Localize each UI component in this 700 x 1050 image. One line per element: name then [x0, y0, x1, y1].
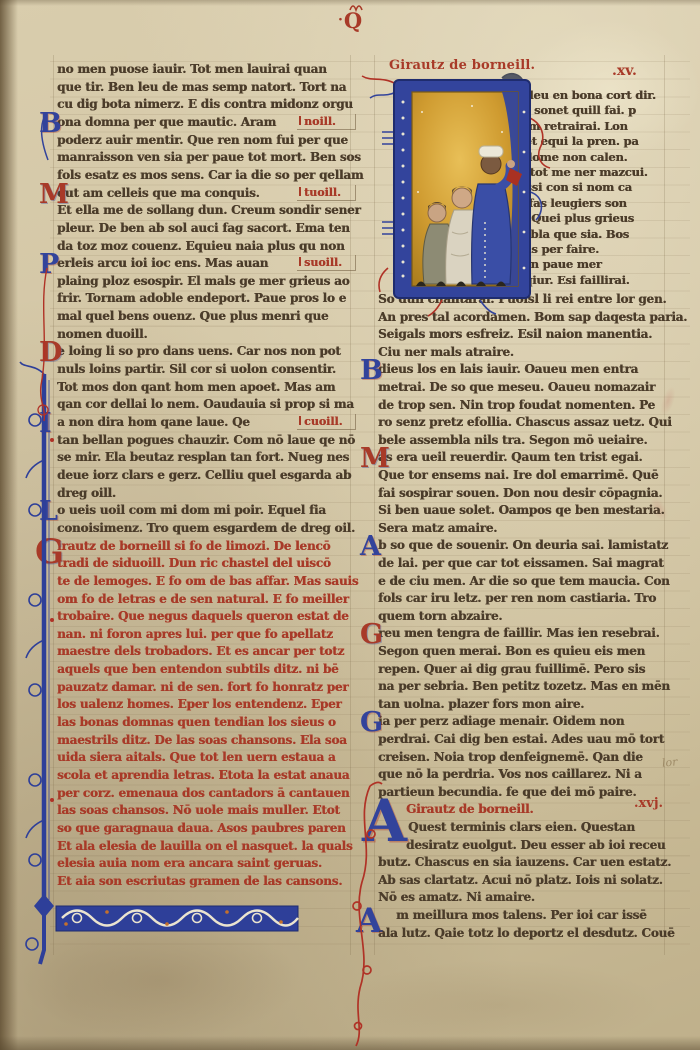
line-text: fai sospirar souen. Don nou desir cōpagn… — [378, 486, 662, 500]
text-line: ala lutz. Qaie totz lo deportz el desdut… — [378, 926, 664, 941]
text-line: Nō es amatz. Ni amaire. — [378, 890, 664, 905]
quire-mark-dot: · — [338, 12, 343, 28]
line-text: ia per perz adiage menair. Oidem non — [378, 714, 624, 728]
text-line: Am meillura mos talens. Per ioi car issē — [378, 908, 682, 923]
text-line: butz. Chascus en sia iauzens. Car uen es… — [378, 855, 664, 870]
line-text: Seigals mors esfreiz. Esil naion manenti… — [378, 327, 652, 341]
text-line: manraisson ven sia per paue tot mort. Be… — [57, 150, 349, 165]
line-text: na per sebria. Ben petitz tozetz. Mas en… — [378, 679, 670, 693]
line-text: out am celleis que ma conquis. — [57, 186, 260, 200]
text-line: Sera matz amaire. — [378, 521, 664, 536]
line-text: dieus los en lais iauir. Oaueu men entra — [378, 362, 638, 376]
line-text: ona domna per que mautic. Aram — [57, 115, 276, 129]
marginal-variant: noill. — [297, 114, 356, 130]
red-accent-dots — [50, 438, 54, 802]
left-border-ornament — [16, 360, 316, 975]
line-text: e de ciu men. Ar die so que tem maucia. … — [378, 574, 670, 588]
line-text: tan uolna. plazer fors mon aire. — [378, 697, 584, 711]
line-text: cu dig bota nimerz. E dis contra midonz … — [57, 97, 353, 111]
text-line: partieun becundia. fe que dei mō paire. — [378, 785, 664, 800]
line-text: m meillura mos talens. Per ioi car issē — [396, 908, 647, 922]
text-line: Quest terminis clars eien. Questan — [378, 820, 694, 835]
line-text: poderz auir mentir. Que ren nom fui per … — [57, 133, 348, 147]
line-text: mal quel bens ouenz. Que plus menri que — [57, 309, 328, 323]
line-text: perdrai. Cai dig ben estai. Ades uau mō … — [378, 732, 664, 746]
line-text: Segon quen merai. Bon es quieu eis men — [378, 644, 645, 658]
text-line: bele assembla nils tra. Segon mō ueiaire… — [378, 433, 664, 448]
line-text: repen. Quer ai dig grau fuillimē. Pero s… — [378, 662, 645, 676]
text-line: Perleis arcu ioi ioc ens. Mas auansuoill… — [57, 256, 349, 271]
ornament-tail — [40, 906, 44, 964]
text-line: Mas era ueil reuerdir. Qaum ten trist eg… — [378, 450, 664, 465]
text-line: nomen duoill. — [57, 327, 349, 342]
text-line: que nō la perdria. Vos nos caillarez. Ni… — [378, 767, 664, 782]
text-line: Si ben uaue solet. Oampos qe ben mestari… — [378, 503, 664, 518]
text-line: mal quel bens ouenz. Que plus menri que — [57, 309, 349, 324]
text-line: Ciu ner mals atraire. — [378, 345, 664, 360]
line-text: no men puose iauir. Tot men lauirai quan — [57, 62, 327, 76]
text-line: Et ella me de sollang dun. Creum sondir … — [57, 203, 349, 218]
text-line: tan uolna. plazer fors mon aire. — [378, 697, 664, 712]
text-line: perdrai. Cai dig ben estai. Ades uau mō … — [378, 732, 664, 747]
text-line: Mout am celleis que ma conquis.tuoill. — [57, 186, 349, 201]
line-text: Si ben uaue solet. Oampos qe ben mestari… — [378, 503, 664, 517]
line-text: e loing li so pro dans uens. Car nos non… — [57, 344, 341, 358]
text-line: cu dig bota nimerz. E dis contra midonz … — [57, 97, 349, 112]
line-text: reu men tengra de faillir. Mas ien reseb… — [378, 626, 659, 640]
text-line: na per sebria. Ben petitz tozetz. Mas en… — [378, 679, 664, 694]
line-text: Et ella me de sollang dun. Creum sondir … — [57, 203, 361, 217]
text-line: Greu men tengra de faillir. Mas ien rese… — [378, 626, 664, 641]
line-text: da toz moz couenz. Equieu naia plus qu n… — [57, 239, 344, 253]
line-text: que tir. Ben leu de mas semp natort. Tor… — [57, 80, 346, 94]
text-line: no men puose iauir. Tot men lauirai quan — [57, 62, 349, 77]
line-text: butz. Chascus en sia iauzens. Car uen es… — [378, 855, 671, 869]
line-text: ala lutz. Qaie totz lo deportz el desdut… — [378, 926, 674, 940]
text-line: fols car iru letz. per ren nom castiaria… — [378, 591, 664, 606]
marginal-variant: tuoill. — [297, 185, 356, 201]
line-text: desiratz euolgut. Deu esser ab ioi receu — [406, 838, 665, 852]
text-line: ro senz pretz efollia. Chascus assaz uet… — [378, 415, 664, 430]
miniature — [352, 72, 552, 322]
text-line: Ab so que de souenir. On deuria sai. lam… — [378, 538, 664, 553]
text-line: Bona domna per que mautic. Aramnoill. — [57, 115, 349, 130]
line-text: creisen. Noia trop denfeignemē. Qan die — [378, 750, 643, 764]
right-column-full: So dun chantarai. Puoisl li rei entre lo… — [378, 292, 664, 952]
text-line: de lai. per que car tot eissamen. Sai ma… — [378, 556, 664, 571]
line-text: bele assembla nils tra. Segon mō ueiaire… — [378, 433, 647, 447]
text-line: desiratz euolgut. Deu esser ab ioi receu — [378, 838, 692, 853]
line-text: plaing ploz esospir. El mals ge mer grie… — [57, 274, 349, 288]
line-text: erleis arcu ioi ioc ens. Mas auan — [57, 256, 268, 270]
line-text: ro senz pretz efollia. Chascus assaz uet… — [378, 415, 672, 429]
text-line: de trop sen. Nin trop foudat nomenten. P… — [378, 398, 664, 413]
line-text: de trop sen. Nin trop foudat nomenten. P… — [378, 398, 655, 412]
column-divider-flourish — [344, 782, 384, 1050]
manuscript-page: ·Q Girautz de borneill. .xv. .xvj. lor n… — [0, 0, 700, 1050]
text-line: Girautz de borneill. — [378, 802, 692, 817]
text-line: plaing ploz esospir. El mals ge mer grie… — [57, 274, 349, 289]
text-line: fols esatz es mos sens. Car ia die so pe… — [57, 168, 349, 183]
line-text: partieun becundia. fe que dei mō paire. — [378, 785, 636, 799]
line-text: Sera matz amaire. — [378, 521, 497, 535]
text-line: Ab sas clartatz. Acui nō platz. Iois ni … — [378, 873, 664, 888]
text-line: fai sospirar souen. Don nou desir cōpagn… — [378, 486, 664, 501]
penwork-curls — [20, 362, 44, 950]
text-line: De loing li so pro dans uens. Car nos no… — [57, 344, 349, 359]
text-line: da toz moz couenz. Equieu naia plus qu n… — [57, 239, 349, 254]
line-text: Girautz de borneill. — [406, 802, 533, 816]
line-text: Ab sas clartatz. Acui nō platz. Iois ni … — [378, 873, 663, 887]
line-text: Nō es amatz. Ni amaire. — [378, 890, 535, 904]
rubric-title: Girautz de borneill. — [389, 58, 535, 73]
line-text: fols esatz es mos sens. Car ia die so pe… — [57, 168, 363, 182]
text-line: frir. Tornam adoble endeport. Paue pros … — [57, 291, 349, 306]
text-line: Seigals mors esfreiz. Esil naion manenti… — [378, 327, 664, 342]
text-line: e de ciu men. Ar die so que tem maucia. … — [378, 574, 664, 589]
folio-number: .xv. — [612, 63, 637, 79]
text-line: que tir. Ben leu de mas semp natort. Tor… — [57, 80, 349, 95]
text-line: creisen. Noia trop denfeignemē. Qan die — [378, 750, 664, 765]
line-text: b so que de souenir. On deuria sai. lami… — [378, 538, 668, 552]
quire-mark: ·Q — [338, 8, 362, 33]
line-text: as era ueil reuerdir. Qaum ten trist ega… — [378, 450, 642, 464]
text-line: repen. Quer ai dig grau fuillimē. Pero s… — [378, 662, 664, 677]
line-text: pleur. De ben ab sol auci fag sacort. Em… — [57, 221, 350, 235]
text-line: Gia per perz adiage menair. Oidem non — [378, 714, 664, 729]
line-text: nomen duoill. — [57, 327, 147, 341]
text-line: pleur. De ben ab sol auci fag sacort. Em… — [57, 221, 349, 236]
line-text: Ciu ner mals atraire. — [378, 345, 514, 359]
line-text: quem torn abzaire. — [378, 609, 502, 623]
text-line: poderz auir mentir. Que ren nom fui per … — [57, 133, 349, 148]
line-text: que nō la perdria. Vos nos caillarez. Ni… — [378, 767, 642, 781]
text-line: metrai. De so que meseu. Oaueu nomazair — [378, 380, 664, 395]
text-line: quem torn abzaire. — [378, 609, 664, 624]
quire-mark-flourish — [348, 0, 366, 12]
marginal-variant: suoill. — [297, 255, 356, 271]
line-text: Que tor ensems nai. Ire dol emarrimē. Qu… — [378, 468, 658, 482]
initial-penwork — [34, 100, 58, 430]
line-text: Quest terminis clars eien. Questan — [408, 820, 635, 834]
white-coif — [479, 146, 503, 157]
line-text: manraisson ven sia per paue tot mort. Be… — [57, 150, 361, 164]
text-line: Segon quen merai. Bon es quieu eis men — [378, 644, 664, 659]
line-text: de lai. per que car tot eissamen. Sai ma… — [378, 556, 664, 570]
line-text: metrai. De so que meseu. Oaueu nomazair — [378, 380, 655, 394]
text-line: Que tor ensems nai. Ire dol emarrimē. Qu… — [378, 468, 664, 483]
text-line: Bdieus los en lais iauir. Oaueu men entr… — [378, 362, 664, 377]
line-text: frir. Tornam adoble endeport. Paue pros … — [57, 291, 346, 305]
line-text: fols car iru letz. per ren nom castiaria… — [378, 591, 656, 605]
